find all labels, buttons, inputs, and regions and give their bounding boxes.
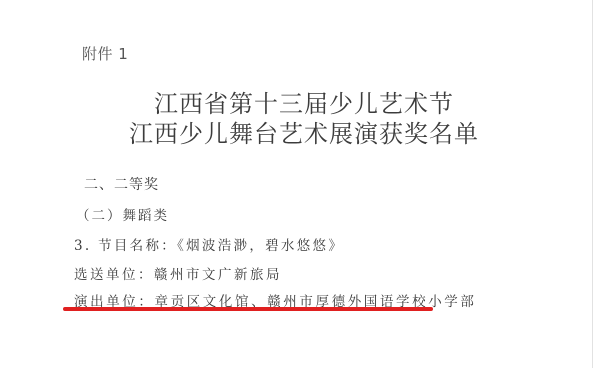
page-edge-divider — [592, 0, 593, 368]
attachment-label: 附件 1 — [82, 43, 128, 64]
document-title-line2: 江西少儿舞台艺术展演获奖名单 — [7, 120, 594, 148]
document-title-line1: 江西省第十三届少儿艺术节 — [7, 90, 594, 118]
submitting-unit-line: 选送单位：赣州市文广新旅局 — [74, 263, 282, 283]
category-heading: （二）舞蹈类 — [76, 204, 169, 224]
document-page: 附件 1 江西省第十三届少儿艺术节 江西少儿舞台艺术展演获奖名单 二、二等奖 （… — [0, 0, 594, 368]
program-name-line: 3. 节目名称：《烟波浩渺，碧水悠悠》 — [74, 234, 344, 254]
section-heading: 二、二等奖 — [84, 174, 159, 194]
red-underline-highlight — [63, 307, 433, 311]
